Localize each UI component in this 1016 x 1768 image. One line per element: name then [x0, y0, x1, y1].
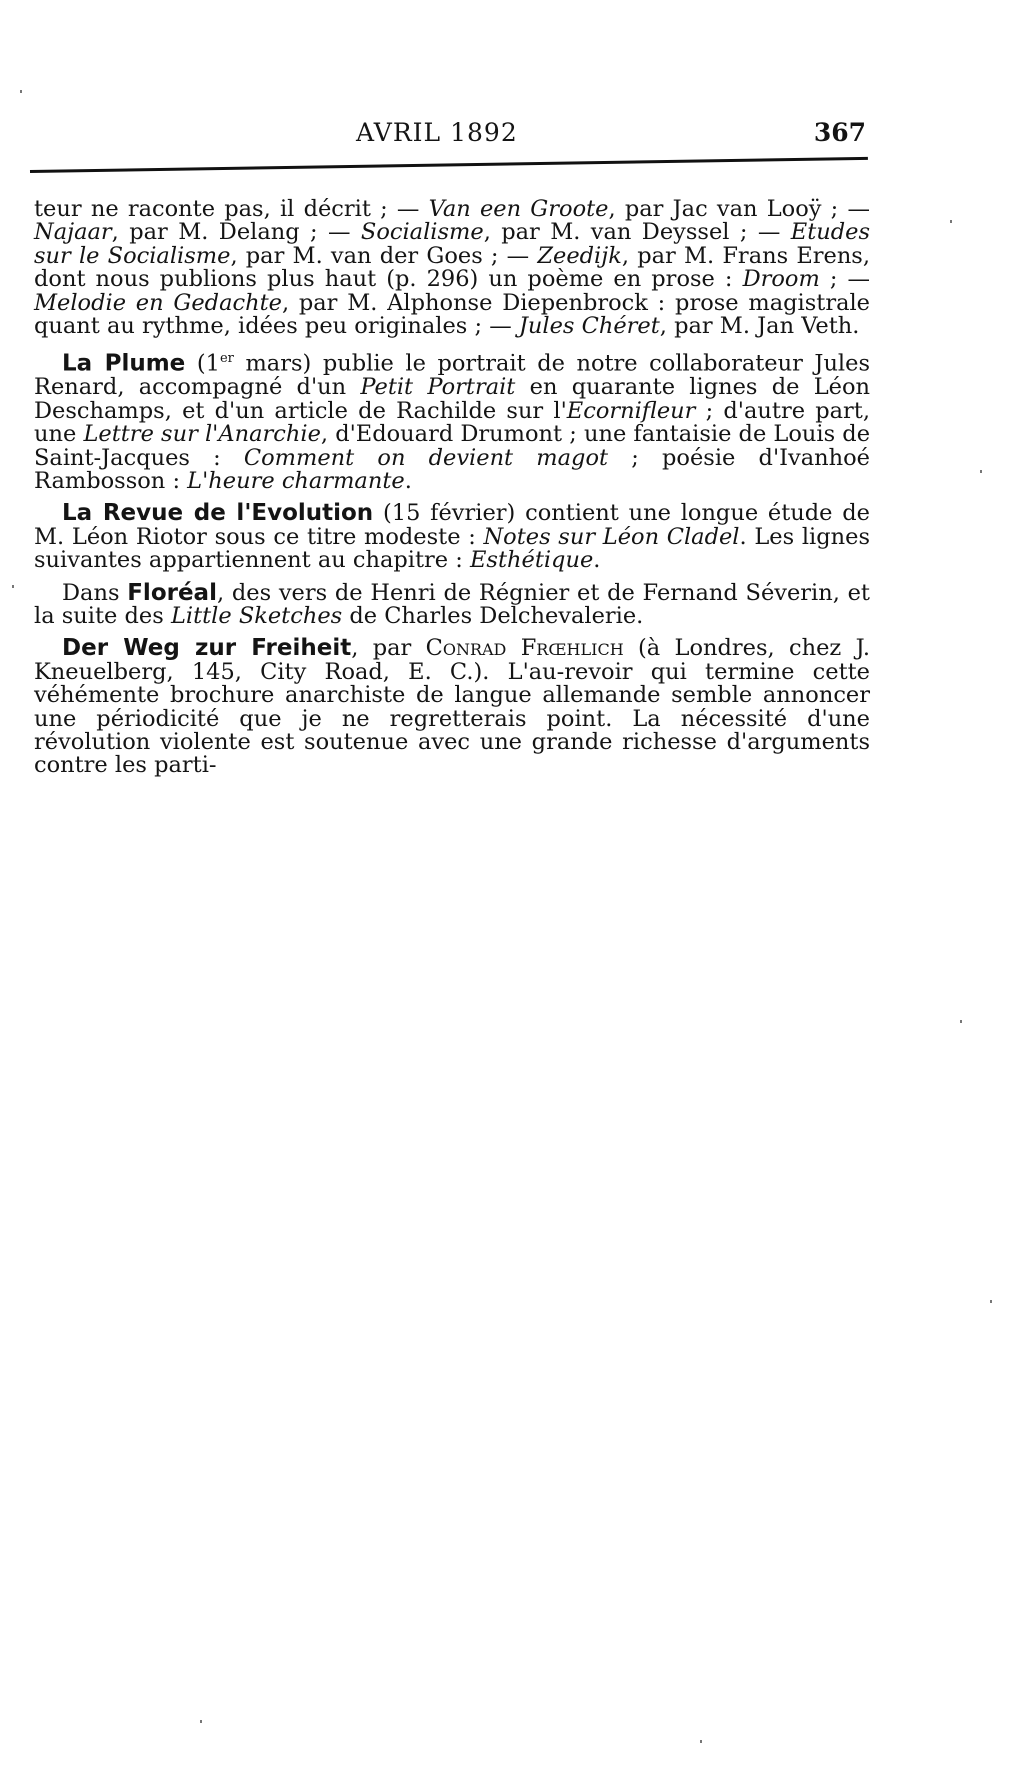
paragraph-weg-zur-freiheit: Der Weg zur Freiheit, par Conrad Frœhlic…: [34, 637, 870, 777]
header-rule: [30, 157, 868, 173]
journal-title: Der Weg zur Freiheit: [62, 635, 351, 661]
paragraph-revue-evolution: La Revue de l'Evolution (15 février) con…: [34, 502, 870, 572]
scan-speck: [20, 90, 22, 93]
running-head: AVRIL 1892 367: [30, 112, 866, 152]
scan-speck: [980, 470, 982, 473]
scan-speck: [12, 585, 14, 588]
scan-speck: [950, 220, 952, 223]
scanned-page: AVRIL 1892 367 teur ne raconte pas, il d…: [0, 0, 1016, 1768]
scan-speck: [990, 1300, 992, 1303]
page-number: 367: [814, 118, 866, 147]
paragraph-dutch-review: teur ne raconte pas, il décrit ; — Van e…: [34, 198, 870, 338]
author-name: Conrad Frœhlich: [426, 635, 624, 661]
journal-title: La Revue de l'Evolution: [62, 500, 373, 526]
scan-speck: [700, 1740, 702, 1743]
journal-title: La Plume: [62, 351, 185, 377]
paragraph-la-plume: La Plume (1er mars) publie le portrait d…: [34, 347, 870, 493]
scan-speck: [200, 1720, 202, 1723]
running-title: AVRIL 1892: [356, 118, 518, 147]
body-text: teur ne raconte pas, il décrit ; — Van e…: [34, 198, 870, 778]
scan-speck: [960, 1020, 962, 1023]
paragraph-floreal: Dans Floréal, des vers de Henri de Régni…: [34, 582, 870, 629]
journal-title: Floréal: [127, 580, 217, 606]
